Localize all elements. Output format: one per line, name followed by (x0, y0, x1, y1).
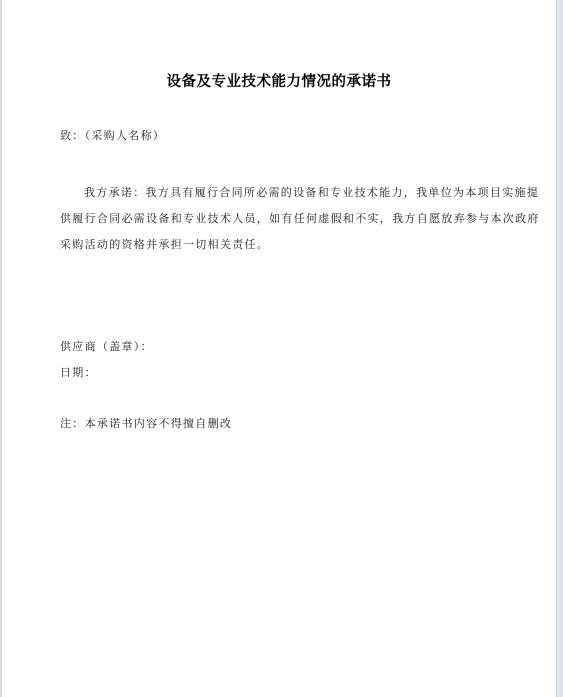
addressee-line: 致：（采购人名称） (60, 128, 165, 144)
document-title: 设备及专业技术能力情况的承诺书 (2, 72, 556, 92)
viewer-right-edge (556, 0, 563, 697)
document-viewer: 设备及专业技术能力情况的承诺书 致：（采购人名称） 我方承诺：我方具有履行合同所… (0, 0, 563, 697)
paragraph-line: 我方承诺：我方具有履行合同所必需的设备和专业技术能力，我单位为本项目实施提 (60, 180, 510, 206)
note-text: 注：本承诺书内容不得擅自删改 (60, 416, 232, 432)
paragraph-line: 供履行合同必需设备和专业技术人员，如有任何虚假和不实，我方自愿放弃参与本次政府 (60, 206, 510, 232)
document-page: 设备及专业技术能力情况的承诺书 致：（采购人名称） 我方承诺：我方具有履行合同所… (2, 0, 556, 697)
supplier-seal-label: 供应商（盖章）： (60, 339, 153, 355)
commitment-paragraph: 我方承诺：我方具有履行合同所必需的设备和专业技术能力，我单位为本项目实施提 供履… (60, 180, 510, 258)
date-label: 日期： (60, 365, 97, 381)
paragraph-line: 采购活动的资格并承担一切相关责任。 (60, 232, 510, 258)
